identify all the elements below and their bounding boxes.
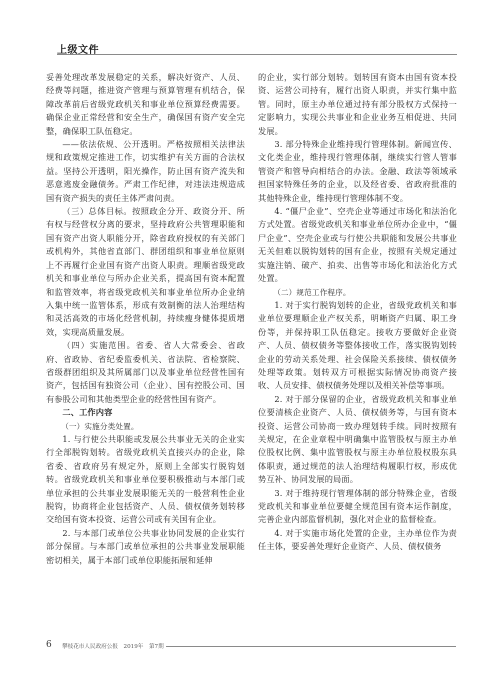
- page-header: 上级文件: [57, 42, 457, 55]
- publication-info: 攀枝花市人民政府公报 2019年 第7期: [60, 642, 166, 650]
- paragraph: 3. 对于维持现行管理体制的部分特殊企业，省级党政机关和事业单位要健全规范国有资…: [258, 487, 457, 527]
- paragraph: 1. 对于实行脱钩划转的企业，省级党政机关和事业单位要理顺企业产权关系，明晰资产…: [258, 299, 457, 393]
- paragraph: 的企业，实行部分划转。划转国有资本由国有资本投资、运营公司持有，履行出资人职责，…: [258, 71, 457, 138]
- paragraph: 3. 部分特殊企业维持现行管理体制。新闻宣传、文化类企业，维持现行管理体制，继续…: [258, 138, 457, 205]
- section-title: 上级文件: [57, 41, 99, 56]
- paragraph: 妥善处理改革发展稳定的关系，解决好资产、人员、经费等问题，推进资产管理与预算管理…: [46, 71, 245, 138]
- paragraph: ——依法依规、公开透明。严格按照相关法律法规和政策规定推进工作，切实维护有关方面…: [46, 138, 245, 205]
- paragraph: （四）实施范围。省委、省人大常委会、省政府、省政协、省纪委监委机关、省法院、省检…: [46, 339, 245, 406]
- right-column: 的企业，实行部分划转。划转国有资本由国有资本投资、运营公司持有，履行出资人职责，…: [258, 71, 457, 554]
- page-number: 6: [46, 640, 55, 650]
- paragraph: （三）总体目标。按照政企分开、政资分开、所有权与经营权分离的要求，坚持政府公共管…: [46, 205, 245, 339]
- section-heading: 二、工作内容: [46, 406, 245, 419]
- left-column: 妥善处理改革发展稳定的关系，解决好资产、人员、经费等问题，推进资产管理与预算管理…: [46, 71, 245, 567]
- subsection-heading: （一）实施分类处置。: [46, 420, 245, 433]
- paragraph: 2. 与本部门或单位公共事业协同发展的企业实行部分保留。与本部门或单位承担的公共…: [46, 527, 245, 567]
- subsection-heading: （二）规范工作程序。: [258, 286, 457, 299]
- page-footer: 6 攀枝花市人民政府公报 2019年 第7期: [46, 640, 456, 654]
- paragraph: 2. 对于部分保留的企业，省级党政机关和事业单位要清核企业资产、人员、债权债务等…: [258, 393, 457, 487]
- paragraph: 4. “僵尸企业”、空壳企业等通过市场化和法治化方式处置。省级党政机关和事业单位…: [258, 205, 457, 285]
- paragraph: 1. 与行使公共职能或发展公共事业无关的企业实行全部脱钩划转。省级党政机关直接兴…: [46, 433, 245, 527]
- paragraph: 4. 对于实施市场化处置的企业，主办单位作为责任主体，要妥善处理好企业资产、人员…: [258, 527, 457, 554]
